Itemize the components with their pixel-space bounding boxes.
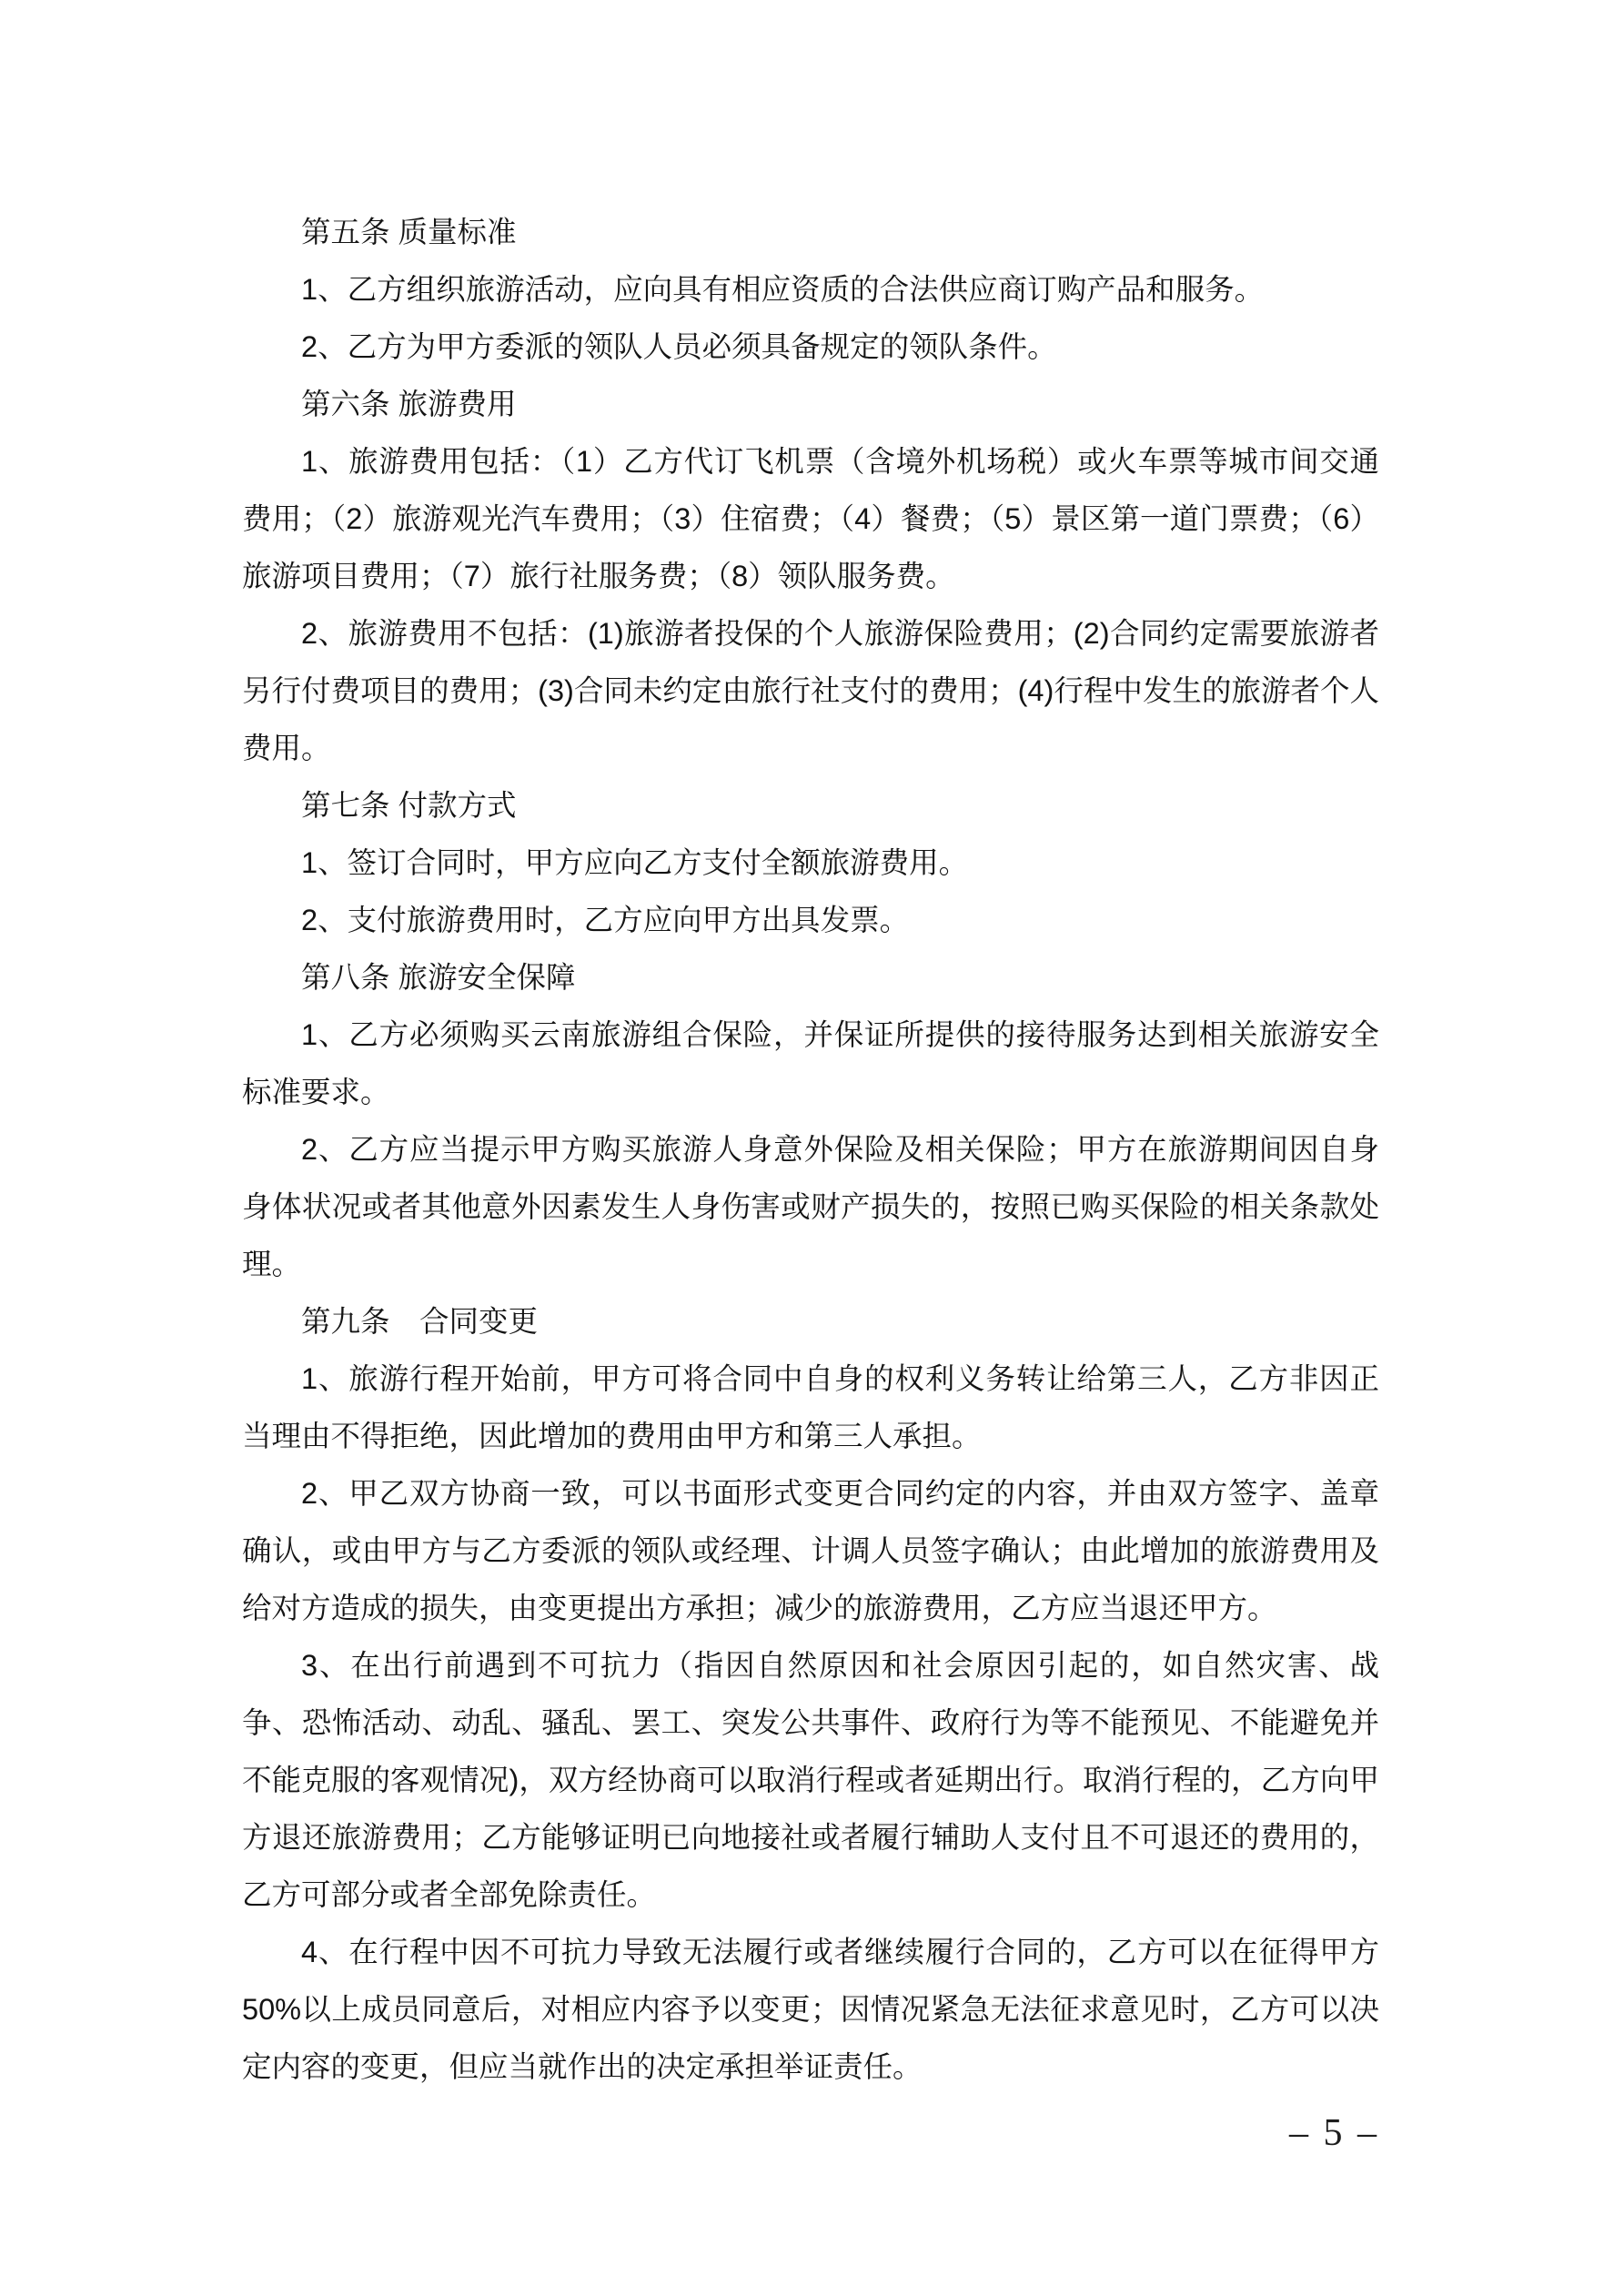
contract-paragraph: 1、签订合同时，甲方应向乙方支付全额旅游费用。 (242, 834, 1379, 892)
contract-paragraph: 3、在出行前遇到不可抗力（指因自然原因和社会原因引起的，如自然灾害、战争、恐怖活… (242, 1637, 1379, 1924)
contract-paragraph: 2、乙方为甲方委派的领队人员必须具备规定的领队条件。 (242, 319, 1379, 376)
contract-paragraph: 4、在行程中因不可抗力导致无法履行或者继续履行合同的，乙方可以在征得甲方50%以… (242, 1924, 1379, 2096)
contract-paragraph: 2、乙方应当提示甲方购买旅游人身意外保险及相关保险；甲方在旅游期间因自身身体状况… (242, 1121, 1379, 1293)
page-number: – 5 – (1289, 2111, 1379, 2155)
contract-paragraph: 1、乙方组织旅游活动，应向具有相应资质的合法供应商订购产品和服务。 (242, 261, 1379, 319)
clause-heading: 第六条 旅游费用 (242, 376, 1379, 433)
clause-heading: 第五条 质量标准 (242, 204, 1379, 261)
contract-paragraph: 2、甲乙双方协商一致，可以书面形式变更合同约定的内容，并由双方签字、盖章确认，或… (242, 1465, 1379, 1637)
contract-paragraph: 1、乙方必须购买云南旅游组合保险，并保证所提供的接待服务达到相关旅游安全标准要求… (242, 1006, 1379, 1121)
clause-heading: 第九条 合同变更 (242, 1293, 1379, 1350)
contract-body: 第五条 质量标准 1、乙方组织旅游活动，应向具有相应资质的合法供应商订购产品和服… (242, 204, 1379, 2096)
contract-paragraph: 1、旅游行程开始前，甲方可将合同中自身的权利义务转让给第三人，乙方非因正当理由不… (242, 1350, 1379, 1465)
clause-heading: 第八条 旅游安全保障 (242, 949, 1379, 1006)
contract-paragraph: 1、旅游费用包括：（1）乙方代订飞机票（含境外机场税）或火车票等城市间交通费用；… (242, 433, 1379, 605)
contract-paragraph: 2、旅游费用不包括：(1)旅游者投保的个人旅游保险费用；(2)合同约定需要旅游者… (242, 605, 1379, 777)
document-page: 第五条 质量标准 1、乙方组织旅游活动，应向具有相应资质的合法供应商订购产品和服… (0, 0, 1624, 2296)
clause-heading: 第七条 付款方式 (242, 777, 1379, 834)
contract-paragraph: 2、支付旅游费用时，乙方应向甲方出具发票。 (242, 892, 1379, 949)
